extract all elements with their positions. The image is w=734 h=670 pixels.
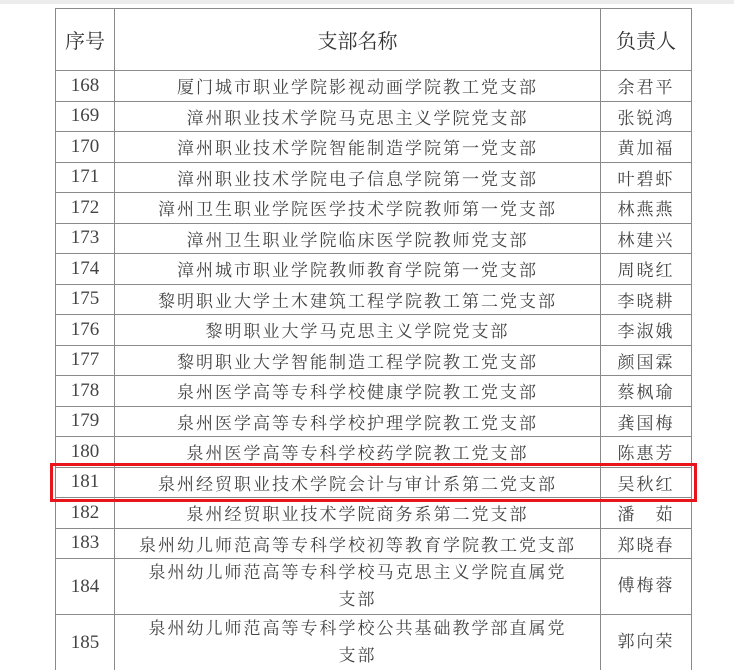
row-index: 176: [56, 315, 115, 346]
table-row: 183 泉州幼儿师范高等专科学校初等教育学院教工党支部 郑晓春: [56, 528, 692, 559]
table-row-highlighted: 181 泉州经贸职业技术学院会计与审计系第二党支部 吴秋红: [56, 467, 692, 498]
row-leader: 叶碧虾: [601, 162, 692, 193]
row-leader: 郭向荣: [601, 615, 692, 670]
table-header-row: 序号 支部名称 负责人: [56, 9, 692, 71]
row-branch-name: 泉州经贸职业技术学院商务系第二党支部: [115, 498, 601, 529]
row-index: 169: [56, 101, 115, 132]
row-branch-name: 漳州职业技术学院智能制造学院第一党支部: [115, 132, 601, 163]
party-branch-table: 序号 支部名称 负责人 168 厦门城市职业学院影视动画学院教工党支部 余君平 …: [55, 8, 692, 670]
row-leader: 吴秋红: [601, 467, 692, 498]
row-index: 171: [56, 162, 115, 193]
page-top-edge: [0, 0, 734, 4]
table-row: 177 黎明职业大学智能制造工程学院教工党支部 颜国霖: [56, 345, 692, 376]
table-row: 178 泉州医学高等专科学校健康学院教工党支部 蔡枫瑜: [56, 376, 692, 407]
row-leader: 周晓红: [601, 254, 692, 285]
table-row: 170 漳州职业技术学院智能制造学院第一党支部 黄加福: [56, 132, 692, 163]
row-branch-name: 黎明职业大学土木建筑工程学院教工第二党支部: [115, 284, 601, 315]
row-branch-name: 泉州医学高等专科学校护理学院教工党支部: [115, 406, 601, 437]
row-leader: 陈惠芳: [601, 437, 692, 468]
table-row: 184 泉州幼儿师范高等专科学校马克思主义学院直属党 支部 傅梅蓉: [56, 559, 692, 615]
row-branch-name: 漳州卫生职业学院临床医学院教师党支部: [115, 223, 601, 254]
row-branch-name: 厦门城市职业学院影视动画学院教工党支部: [115, 71, 601, 102]
table-row: 182 泉州经贸职业技术学院商务系第二党支部 潘 茹: [56, 498, 692, 529]
table-row: 171 漳州职业技术学院电子信息学院第一党支部 叶碧虾: [56, 162, 692, 193]
branch-name-line-1: 泉州幼儿师范高等专科学校公共基础教学部直属党: [115, 616, 600, 643]
row-branch-name: 泉州医学高等专科学校药学院教工党支部: [115, 437, 601, 468]
row-index: 170: [56, 132, 115, 163]
table-row: 180 泉州医学高等专科学校药学院教工党支部 陈惠芳: [56, 437, 692, 468]
row-leader: 蔡枫瑜: [601, 376, 692, 407]
row-index: 172: [56, 193, 115, 224]
header-leader: 负责人: [601, 9, 692, 71]
row-leader: 李晓耕: [601, 284, 692, 315]
row-leader: 林燕燕: [601, 193, 692, 224]
header-index: 序号: [56, 9, 115, 71]
row-index: 185: [56, 615, 115, 670]
table-row: 168 厦门城市职业学院影视动画学院教工党支部 余君平: [56, 71, 692, 102]
row-leader: 黄加福: [601, 132, 692, 163]
table-row: 174 漳州城市职业学院教师教育学院第一党支部 周晓红: [56, 254, 692, 285]
row-leader: 傅梅蓉: [601, 559, 692, 615]
row-branch-name: 漳州职业技术学院马克思主义学院党支部: [115, 101, 601, 132]
row-branch-name: 泉州医学高等专科学校健康学院教工党支部: [115, 376, 601, 407]
table-row: 179 泉州医学高等专科学校护理学院教工党支部 龚国梅: [56, 406, 692, 437]
branch-name-line-2: 支部: [115, 643, 600, 670]
row-leader: 颜国霖: [601, 345, 692, 376]
row-leader: 林建兴: [601, 223, 692, 254]
row-leader: 张锐鸿: [601, 101, 692, 132]
row-index: 178: [56, 376, 115, 407]
row-branch-name: 黎明职业大学马克思主义学院党支部: [115, 315, 601, 346]
header-branch-name: 支部名称: [115, 9, 601, 71]
row-leader: 郑晓春: [601, 528, 692, 559]
table-row: 169 漳州职业技术学院马克思主义学院党支部 张锐鸿: [56, 101, 692, 132]
table-row: 173 漳州卫生职业学院临床医学院教师党支部 林建兴: [56, 223, 692, 254]
row-leader: 龚国梅: [601, 406, 692, 437]
branch-name-line-2: 支部: [115, 587, 600, 614]
row-leader: 余君平: [601, 71, 692, 102]
row-branch-name: 泉州幼儿师范高等专科学校初等教育学院教工党支部: [115, 528, 601, 559]
row-index: 182: [56, 498, 115, 529]
row-index: 183: [56, 528, 115, 559]
row-branch-name: 黎明职业大学智能制造工程学院教工党支部: [115, 345, 601, 376]
branch-name-line-1: 泉州幼儿师范高等专科学校马克思主义学院直属党: [115, 560, 600, 587]
row-branch-name: 泉州幼儿师范高等专科学校公共基础教学部直属党 支部: [115, 615, 601, 670]
row-leader: 潘 茹: [601, 498, 692, 529]
table-row: 175 黎明职业大学土木建筑工程学院教工第二党支部 李晓耕: [56, 284, 692, 315]
row-index: 184: [56, 559, 115, 615]
row-branch-name: 泉州幼儿师范高等专科学校马克思主义学院直属党 支部: [115, 559, 601, 615]
row-branch-name: 漳州职业技术学院电子信息学院第一党支部: [115, 162, 601, 193]
row-index: 181: [56, 467, 115, 498]
row-index: 179: [56, 406, 115, 437]
row-leader: 李淑娥: [601, 315, 692, 346]
row-index: 180: [56, 437, 115, 468]
table-row: 172 漳州卫生职业学院医学技术学院教师第一党支部 林燕燕: [56, 193, 692, 224]
row-branch-name: 泉州经贸职业技术学院会计与审计系第二党支部: [115, 467, 601, 498]
row-branch-name: 漳州卫生职业学院医学技术学院教师第一党支部: [115, 193, 601, 224]
row-index: 175: [56, 284, 115, 315]
row-index: 168: [56, 71, 115, 102]
row-index: 177: [56, 345, 115, 376]
table-row: 185 泉州幼儿师范高等专科学校公共基础教学部直属党 支部 郭向荣: [56, 615, 692, 670]
table-row: 176 黎明职业大学马克思主义学院党支部 李淑娥: [56, 315, 692, 346]
row-index: 174: [56, 254, 115, 285]
row-branch-name: 漳州城市职业学院教师教育学院第一党支部: [115, 254, 601, 285]
row-index: 173: [56, 223, 115, 254]
